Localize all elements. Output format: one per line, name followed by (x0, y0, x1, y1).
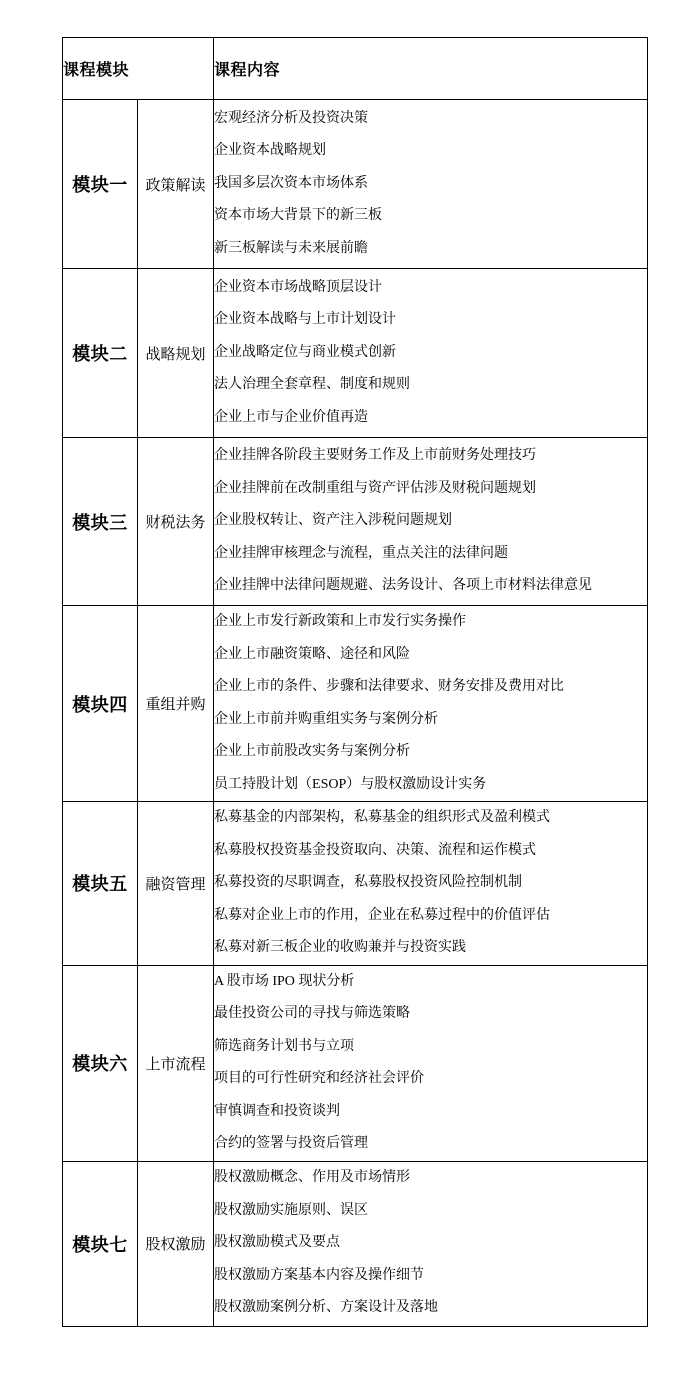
course-item: 企业股权转让、资产注入涉税问题规划 (214, 505, 647, 538)
course-item: 宏观经济分析及投资决策 (214, 103, 647, 136)
course-item-list: A 股市场 IPO 现状分析最佳投资公司的寻找与筛选策略筛选商务计划书与立项项目… (214, 966, 647, 1161)
course-item: 合约的签署与投资后管理 (214, 1128, 647, 1161)
course-item-list: 企业资本市场战略顶层设计企业资本战略与上市计划设计企业战略定位与商业模式创新法人… (214, 272, 647, 435)
course-item: 企业上市前股改实务与案例分析 (214, 736, 647, 769)
module-id-label: 模块一 (72, 175, 128, 195)
module-name-label: 战略规划 (146, 347, 206, 363)
course-item: 最佳投资公司的寻找与筛选策略 (214, 998, 647, 1031)
course-item: 新三板解读与未来展前瞻 (214, 233, 647, 266)
course-item: 企业挂牌前在改制重组与资产评估涉及财税问题规划 (214, 473, 647, 506)
module-content-cell: 企业上市发行新政策和上市发行实务操作企业上市融资策略、途径和风险企业上市的条件、… (214, 606, 648, 802)
course-item: 资本市场大背景下的新三板 (214, 200, 647, 233)
module-name-cell: 战略规划 (138, 269, 214, 438)
module-id-label: 模块四 (72, 695, 128, 715)
course-item: 股权激励实施原则、误区 (214, 1195, 647, 1228)
course-modules-table: 课程模块 课程内容 模块一 政策解读 宏观经济分析及投资决策企业资本战略规划我国… (62, 37, 648, 1327)
course-item-list: 私募基金的内部架构，私募基金的组织形式及盈利模式私募股权投资基金投资取向、决策、… (214, 802, 647, 965)
course-item: 企业挂牌审核理念与流程，重点关注的法律问题 (214, 538, 647, 571)
module-id-label: 模块三 (72, 513, 128, 533)
course-item-list: 企业挂牌各阶段主要财务工作及上市前财务处理技巧企业挂牌前在改制重组与资产评估涉及… (214, 440, 647, 603)
module-row: 模块二 战略规划 企业资本市场战略顶层设计企业资本战略与上市计划设计企业战略定位… (63, 269, 648, 438)
course-item: 企业上市融资策略、途径和风险 (214, 639, 647, 672)
module-name-label: 股权激励 (146, 1237, 206, 1253)
course-item-list: 企业上市发行新政策和上市发行实务操作企业上市融资策略、途径和风险企业上市的条件、… (214, 606, 647, 801)
course-item: A 股市场 IPO 现状分析 (214, 966, 647, 999)
module-name-cell: 股权激励 (138, 1161, 214, 1326)
module-name-label: 上市流程 (146, 1057, 206, 1073)
module-id-cell: 模块三 (63, 438, 138, 606)
module-name-cell: 融资管理 (138, 802, 214, 966)
header-course-module: 课程模块 (63, 38, 214, 100)
module-content-cell: 私募基金的内部架构，私募基金的组织形式及盈利模式私募股权投资基金投资取向、决策、… (214, 802, 648, 966)
course-item: 私募投资的尽职调查，私募股权投资风险控制机制 (214, 867, 647, 900)
module-content-cell: 企业挂牌各阶段主要财务工作及上市前财务处理技巧企业挂牌前在改制重组与资产评估涉及… (214, 438, 648, 606)
course-item: 私募对新三板企业的收购兼并与投资实践 (214, 932, 647, 965)
module-row: 模块一 政策解读 宏观经济分析及投资决策企业资本战略规划我国多层次资本市场体系资… (63, 100, 648, 269)
header-course-content: 课程内容 (214, 38, 648, 100)
course-item-list: 宏观经济分析及投资决策企业资本战略规划我国多层次资本市场体系资本市场大背景下的新… (214, 103, 647, 266)
module-content-cell: 股权激励概念、作用及市场情形股权激励实施原则、误区股权激励模式及要点股权激励方案… (214, 1161, 648, 1326)
module-id-cell: 模块一 (63, 100, 138, 269)
module-name-cell: 政策解读 (138, 100, 214, 269)
course-item: 企业上市前并购重组实务与案例分析 (214, 704, 647, 737)
module-id-label: 模块七 (72, 1235, 128, 1255)
module-content-cell: 企业资本市场战略顶层设计企业资本战略与上市计划设计企业战略定位与商业模式创新法人… (214, 269, 648, 438)
module-id-cell: 模块五 (63, 802, 138, 966)
module-row: 模块三 财税法务 企业挂牌各阶段主要财务工作及上市前财务处理技巧企业挂牌前在改制… (63, 438, 648, 606)
module-rows: 模块一 政策解读 宏观经济分析及投资决策企业资本战略规划我国多层次资本市场体系资… (63, 100, 648, 1327)
course-item: 企业上市与企业价值再造 (214, 402, 647, 435)
course-item: 企业战略定位与商业模式创新 (214, 337, 647, 370)
course-item: 法人治理全套章程、制度和规则 (214, 369, 647, 402)
module-id-cell: 模块四 (63, 606, 138, 802)
module-name-label: 政策解读 (146, 178, 206, 194)
module-id-label: 模块六 (72, 1054, 128, 1074)
module-name-cell: 财税法务 (138, 438, 214, 606)
module-name-label: 重组并购 (146, 697, 206, 713)
module-id-cell: 模块七 (63, 1161, 138, 1326)
course-item: 审慎调查和投资谈判 (214, 1096, 647, 1129)
course-item: 企业上市的条件、步骤和法律要求、财务安排及费用对比 (214, 671, 647, 704)
module-name-label: 融资管理 (146, 877, 206, 893)
table-header-row: 课程模块 课程内容 (63, 38, 648, 100)
course-item: 私募对企业上市的作用，企业在私募过程中的价值评估 (214, 900, 647, 933)
course-item: 企业资本战略规划 (214, 135, 647, 168)
module-name-cell: 上市流程 (138, 965, 214, 1161)
module-id-label: 模块五 (72, 874, 128, 894)
module-id-label: 模块二 (72, 344, 128, 364)
module-row: 模块四 重组并购 企业上市发行新政策和上市发行实务操作企业上市融资策略、途径和风… (63, 606, 648, 802)
course-item: 筛选商务计划书与立项 (214, 1031, 647, 1064)
module-id-cell: 模块二 (63, 269, 138, 438)
course-item: 企业资本市场战略顶层设计 (214, 272, 647, 305)
course-item: 员工持股计划（ESOP）与股权激励设计实务 (214, 769, 647, 802)
course-item: 企业挂牌各阶段主要财务工作及上市前财务处理技巧 (214, 440, 647, 473)
module-row: 模块六 上市流程 A 股市场 IPO 现状分析最佳投资公司的寻找与筛选策略筛选商… (63, 965, 648, 1161)
module-content-cell: A 股市场 IPO 现状分析最佳投资公司的寻找与筛选策略筛选商务计划书与立项项目… (214, 965, 648, 1161)
module-id-cell: 模块六 (63, 965, 138, 1161)
course-item: 股权激励案例分析、方案设计及落地 (214, 1292, 647, 1325)
course-item: 私募基金的内部架构，私募基金的组织形式及盈利模式 (214, 802, 647, 835)
course-item: 私募股权投资基金投资取向、决策、流程和运作模式 (214, 835, 647, 868)
course-item-list: 股权激励概念、作用及市场情形股权激励实施原则、误区股权激励模式及要点股权激励方案… (214, 1162, 647, 1325)
course-item: 股权激励概念、作用及市场情形 (214, 1162, 647, 1195)
course-item: 企业资本战略与上市计划设计 (214, 304, 647, 337)
module-row: 模块七 股权激励 股权激励概念、作用及市场情形股权激励实施原则、误区股权激励模式… (63, 1161, 648, 1326)
course-outline-page: 课程模块 课程内容 模块一 政策解读 宏观经济分析及投资决策企业资本战略规划我国… (0, 0, 682, 1392)
module-content-cell: 宏观经济分析及投资决策企业资本战略规划我国多层次资本市场体系资本市场大背景下的新… (214, 100, 648, 269)
course-item: 项目的可行性研究和经济社会评价 (214, 1063, 647, 1096)
course-item: 企业上市发行新政策和上市发行实务操作 (214, 606, 647, 639)
course-item: 股权激励模式及要点 (214, 1227, 647, 1260)
module-name-label: 财税法务 (146, 515, 206, 531)
module-row: 模块五 融资管理 私募基金的内部架构，私募基金的组织形式及盈利模式私募股权投资基… (63, 802, 648, 966)
course-item: 股权激励方案基本内容及操作细节 (214, 1260, 647, 1293)
module-name-cell: 重组并购 (138, 606, 214, 802)
course-item: 企业挂牌中法律问题规避、法务设计、各项上市材料法律意见 (214, 570, 647, 603)
course-item: 我国多层次资本市场体系 (214, 168, 647, 201)
